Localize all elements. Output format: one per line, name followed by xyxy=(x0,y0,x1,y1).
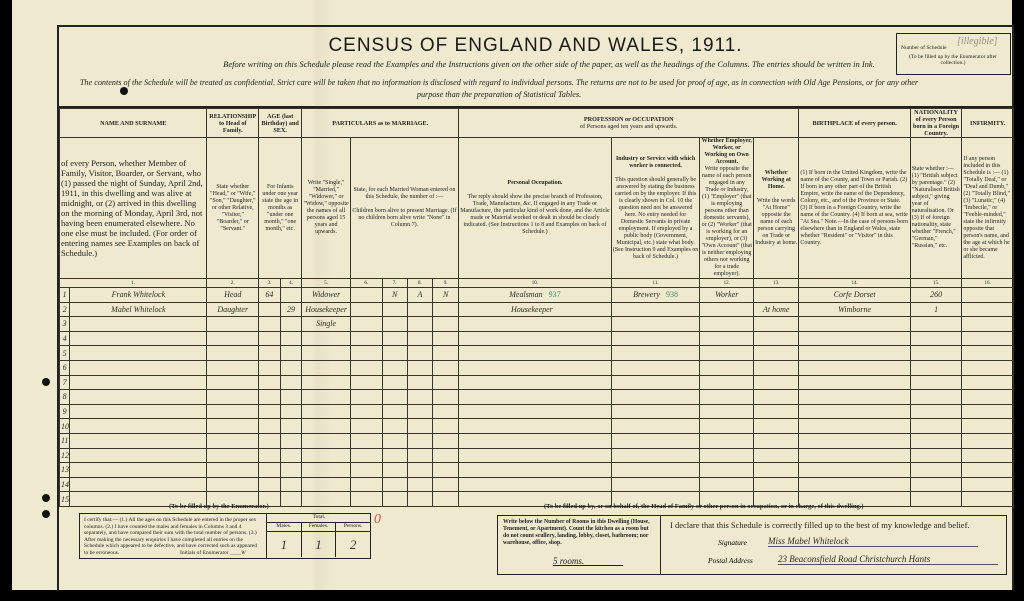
row-number: 11 xyxy=(60,433,70,448)
cell-name xyxy=(70,390,207,405)
cell-rel: Daughter xyxy=(207,302,259,317)
cell-home xyxy=(754,433,799,448)
cell-name xyxy=(70,331,207,346)
col-relationship-desc: State whether "Head," or "Wife," "Son," … xyxy=(207,138,259,279)
females-total: 1 xyxy=(302,532,337,557)
cell-age_m: 64 xyxy=(259,288,281,303)
col-num: 8. xyxy=(407,279,433,288)
col-num: 16. xyxy=(962,279,1014,288)
col-num: 10. xyxy=(459,279,612,288)
cell-age_f xyxy=(280,288,302,303)
cell-cond xyxy=(302,463,350,478)
persons-total: 2 xyxy=(336,532,371,557)
cell-rel xyxy=(207,448,259,463)
cell-years xyxy=(350,288,382,303)
postal-address-label: Postal Address xyxy=(708,556,753,565)
cell-emp xyxy=(700,346,754,361)
cell-rel: Head xyxy=(207,288,259,303)
cell-nat xyxy=(910,463,962,478)
col-num: 11. xyxy=(611,279,700,288)
males-total: 1 xyxy=(267,532,302,557)
females-label: Females. xyxy=(302,523,337,532)
cell-living xyxy=(407,390,433,405)
table-row: 13 xyxy=(60,463,1014,478)
cell-industry xyxy=(611,433,700,448)
cell-years xyxy=(350,375,382,390)
cell-nat xyxy=(910,390,962,405)
cell-inf xyxy=(962,419,1014,434)
cell-age_m xyxy=(259,390,281,405)
cell-died xyxy=(433,433,459,448)
enumerator-initials: Initials of Enumerator ____W xyxy=(180,550,246,557)
row-number: 3 xyxy=(60,317,70,332)
cell-cond: Single xyxy=(302,317,350,332)
col-num: 14. xyxy=(799,279,910,288)
table-row: 1Frank WhitelockHead64WidowerNANMealsman… xyxy=(60,288,1014,303)
col-married-women-desc: State, for each Married Woman entered on… xyxy=(350,138,458,279)
cell-birth xyxy=(799,346,910,361)
cell-age_f xyxy=(280,463,302,478)
cell-birth xyxy=(799,331,910,346)
cell-years xyxy=(350,331,382,346)
confidentiality-notice: The contents of the Schedule will be tre… xyxy=(69,77,929,101)
cell-cond xyxy=(302,433,350,448)
cell-inf xyxy=(962,346,1014,361)
cell-age_m xyxy=(259,360,281,375)
cell-died xyxy=(433,302,459,317)
cell-emp: Worker xyxy=(700,288,754,303)
cell-home xyxy=(754,360,799,375)
table-row: 2Mabel WhitelockDaughter29HousekeeperHou… xyxy=(60,302,1014,317)
cell-died xyxy=(433,419,459,434)
instructions-subtitle: Before writing on this Schedule please r… xyxy=(179,59,919,69)
cell-cond xyxy=(302,448,350,463)
cell-nat xyxy=(910,375,962,390)
cell-industry xyxy=(611,419,700,434)
col-num: 5. xyxy=(302,279,350,288)
cell-age_f xyxy=(280,317,302,332)
cell-rel xyxy=(207,404,259,419)
cell-inf xyxy=(962,390,1014,405)
cell-age_m xyxy=(259,346,281,361)
cell-age_m xyxy=(259,317,281,332)
cell-age_f xyxy=(280,448,302,463)
enumerator-box: I certify that:— (1.) All the ages on th… xyxy=(79,513,371,559)
red-enumerator-mark: 0 xyxy=(374,512,381,528)
cell-total xyxy=(382,360,407,375)
cell-rel xyxy=(207,419,259,434)
col-infirmity-heading: INFIRMITY. xyxy=(962,109,1014,138)
table-row: 3Single xyxy=(60,317,1014,332)
cell-inf xyxy=(962,375,1014,390)
cell-living xyxy=(407,419,433,434)
col-personal-occupation-desc: Personal Occupation.The reply should sho… xyxy=(459,138,612,279)
schedule-number-label: Number of Schedule xyxy=(901,45,947,51)
cell-name xyxy=(70,375,207,390)
cell-name xyxy=(70,360,207,375)
cell-living xyxy=(407,477,433,492)
declaration-text: I declare that this Schedule is correctl… xyxy=(670,520,970,530)
cell-inf xyxy=(962,331,1014,346)
cell-cond: Widower xyxy=(302,288,350,303)
table-row: 9 xyxy=(60,404,1014,419)
table-row: 8 xyxy=(60,390,1014,405)
cell-occ xyxy=(459,448,612,463)
males-label: Males. xyxy=(267,523,302,532)
cell-industry xyxy=(611,477,700,492)
row-number: 4 xyxy=(60,331,70,346)
cell-birth xyxy=(799,419,910,434)
cell-home xyxy=(754,390,799,405)
cell-age_f: 29 xyxy=(280,302,302,317)
col-age-desc: For Infants under one year state the age… xyxy=(259,138,302,279)
row-number: 5 xyxy=(60,346,70,361)
cell-total xyxy=(382,331,407,346)
occupation-code: 938 xyxy=(666,290,678,299)
cell-nat xyxy=(910,448,962,463)
cell-occ xyxy=(459,463,612,478)
cell-nat xyxy=(910,404,962,419)
cell-total xyxy=(382,302,407,317)
cell-name xyxy=(70,404,207,419)
table-row: 4 xyxy=(60,331,1014,346)
cell-inf xyxy=(962,477,1014,492)
cell-home xyxy=(754,375,799,390)
cell-total xyxy=(382,404,407,419)
cell-home xyxy=(754,346,799,361)
cell-nat: 1 xyxy=(910,302,962,317)
cell-age_f xyxy=(280,419,302,434)
cell-nat xyxy=(910,477,962,492)
cell-name xyxy=(70,477,207,492)
cell-home xyxy=(754,419,799,434)
cell-emp xyxy=(700,331,754,346)
cell-age_f xyxy=(280,390,302,405)
cell-living xyxy=(407,463,433,478)
cell-occ xyxy=(459,419,612,434)
cell-died xyxy=(433,346,459,361)
cell-industry xyxy=(611,463,700,478)
rooms-instructions: Write below the Number of Rooms in this … xyxy=(498,516,661,574)
cell-occ xyxy=(459,375,612,390)
census-schedule-sheet: CENSUS OF ENGLAND AND WALES, 1911. Befor… xyxy=(12,0,1012,590)
punch-hole xyxy=(42,510,50,518)
cell-inf xyxy=(962,448,1014,463)
cell-emp xyxy=(700,390,754,405)
cell-inf xyxy=(962,404,1014,419)
cell-cond xyxy=(302,346,350,361)
cell-years xyxy=(350,317,382,332)
cell-rel xyxy=(207,477,259,492)
cell-inf xyxy=(962,433,1014,448)
table-row: 5 xyxy=(60,346,1014,361)
cell-total xyxy=(382,448,407,463)
cell-years xyxy=(350,477,382,492)
persons-label: Persons. xyxy=(336,523,371,532)
cell-age_m xyxy=(259,404,281,419)
cell-birth xyxy=(799,317,910,332)
cell-nat xyxy=(910,419,962,434)
col-num: 6. xyxy=(350,279,382,288)
cell-living xyxy=(407,448,433,463)
cell-home xyxy=(754,331,799,346)
col-occupation-heading: PROFESSION or OCCUPATIONof Persons aged … xyxy=(459,109,799,138)
col-num: 3. xyxy=(259,279,281,288)
col-name-desc: of every Person, whether Member of Famil… xyxy=(60,138,207,279)
cell-living xyxy=(407,302,433,317)
cell-industry xyxy=(611,331,700,346)
col-num: 2. xyxy=(207,279,259,288)
schedule-number-note: (To be filled up by the Enumerator after… xyxy=(899,54,1007,66)
cell-industry xyxy=(611,375,700,390)
cell-cond: Housekeeper xyxy=(302,302,350,317)
cell-living xyxy=(407,360,433,375)
cell-birth xyxy=(799,477,910,492)
cell-cond xyxy=(302,419,350,434)
cell-home xyxy=(754,448,799,463)
postal-address-value: 23 Beaconsfield Road Christchurch Hants xyxy=(778,554,998,565)
cell-emp xyxy=(700,477,754,492)
cell-living xyxy=(407,331,433,346)
cell-industry xyxy=(611,302,700,317)
col-birthplace-heading: BIRTHPLACE of every person. xyxy=(799,109,910,138)
col-num: 4. xyxy=(280,279,302,288)
cell-occ: Housekeeper xyxy=(459,302,612,317)
cell-died xyxy=(433,317,459,332)
cell-occ xyxy=(459,433,612,448)
table-row: 10 xyxy=(60,419,1014,434)
cell-died xyxy=(433,331,459,346)
col-age-heading: AGE (last Birthday) and SEX. xyxy=(259,109,302,138)
cell-name: Mabel Whitelock xyxy=(70,302,207,317)
cell-occ xyxy=(459,317,612,332)
cell-died xyxy=(433,375,459,390)
cell-nat xyxy=(910,433,962,448)
cell-years xyxy=(350,433,382,448)
cell-age_m xyxy=(259,463,281,478)
cell-years xyxy=(350,448,382,463)
cell-age_f xyxy=(280,346,302,361)
table-row: 7 xyxy=(60,375,1014,390)
cell-nat xyxy=(910,360,962,375)
cell-emp xyxy=(700,375,754,390)
cell-rel xyxy=(207,433,259,448)
cell-home xyxy=(754,404,799,419)
cell-rel xyxy=(207,346,259,361)
cell-age_m xyxy=(259,375,281,390)
cell-total xyxy=(382,419,407,434)
cell-died xyxy=(433,360,459,375)
cell-total xyxy=(382,317,407,332)
cell-total xyxy=(382,390,407,405)
cell-industry xyxy=(611,448,700,463)
cell-emp xyxy=(700,317,754,332)
col-num: 7. xyxy=(382,279,407,288)
cell-nat xyxy=(910,331,962,346)
col-home-desc: Whether Working at Home.Write the words … xyxy=(754,138,799,279)
enumerator-section-title: (To be filled up by the Enumerator.) xyxy=(169,503,269,510)
cell-living: A xyxy=(407,288,433,303)
cell-died xyxy=(433,404,459,419)
cell-age_m xyxy=(259,477,281,492)
cell-nat xyxy=(910,346,962,361)
row-number: 14 xyxy=(60,477,70,492)
row-number: 1 xyxy=(60,288,70,303)
page-title: CENSUS OF ENGLAND AND WALES, 1911. xyxy=(59,35,1012,57)
table-row: 6 xyxy=(60,360,1014,375)
cell-industry xyxy=(611,404,700,419)
row-number: 6 xyxy=(60,360,70,375)
col-nationality-heading: NATIONALITY of every Person born in a Fo… xyxy=(910,109,962,138)
cell-birth: Corfe Dorset xyxy=(799,288,910,303)
cell-age_f xyxy=(280,331,302,346)
cell-occ xyxy=(459,331,612,346)
col-marriage-heading: PARTICULARS as to MARRIAGE. xyxy=(302,109,459,138)
cell-inf xyxy=(962,463,1014,478)
cell-occ: Mealsman937 xyxy=(459,288,612,303)
schedule-number-value: [illegible] xyxy=(957,36,998,47)
cell-emp xyxy=(700,360,754,375)
col-employer-desc: Whether Employer, Worker, or Working on … xyxy=(700,138,754,279)
cell-living xyxy=(407,346,433,361)
cell-died xyxy=(433,477,459,492)
cell-age_f xyxy=(280,404,302,419)
signature-label: Signature xyxy=(718,538,747,547)
cell-birth xyxy=(799,404,910,419)
row-number: 13 xyxy=(60,463,70,478)
cell-rel xyxy=(207,331,259,346)
cell-age_m xyxy=(259,302,281,317)
cell-total xyxy=(382,346,407,361)
cell-occ xyxy=(459,477,612,492)
cell-occ xyxy=(459,390,612,405)
cell-total xyxy=(382,463,407,478)
signature-value: Miss Mabel Whitelock xyxy=(768,536,978,547)
footer-section: (To be filled up by the Enumerator.) I c… xyxy=(59,497,1014,592)
cell-rel xyxy=(207,360,259,375)
row-number: 7 xyxy=(60,375,70,390)
cell-cond xyxy=(302,477,350,492)
cell-emp xyxy=(700,463,754,478)
cell-industry xyxy=(611,360,700,375)
cell-cond xyxy=(302,331,350,346)
cell-occ xyxy=(459,404,612,419)
cell-emp xyxy=(700,433,754,448)
cell-died xyxy=(433,390,459,405)
cell-birth: Wimborne xyxy=(799,302,910,317)
cell-emp xyxy=(700,404,754,419)
cell-name xyxy=(70,419,207,434)
form-frame: CENSUS OF ENGLAND AND WALES, 1911. Befor… xyxy=(57,25,1014,590)
cell-birth xyxy=(799,463,910,478)
col-num: 13. xyxy=(754,279,799,288)
punch-hole xyxy=(42,378,50,386)
col-relationship-heading: RELATIONSHIP to Head of Family. xyxy=(207,109,259,138)
row-number: 2 xyxy=(60,302,70,317)
cell-emp xyxy=(700,419,754,434)
cell-age_f xyxy=(280,375,302,390)
cell-birth xyxy=(799,390,910,405)
cell-cond xyxy=(302,404,350,419)
table-row: 12 xyxy=(60,448,1014,463)
cell-name xyxy=(70,463,207,478)
col-name-heading: NAME AND SURNAME xyxy=(60,109,207,138)
cell-inf xyxy=(962,360,1014,375)
punch-hole xyxy=(42,494,50,502)
cell-age_f xyxy=(280,360,302,375)
declaration-box: Write below the Number of Rooms in this … xyxy=(497,515,1007,575)
cell-age_f xyxy=(280,433,302,448)
cell-emp xyxy=(700,302,754,317)
col-num: 1. xyxy=(60,279,207,288)
cell-industry xyxy=(611,317,700,332)
cell-years xyxy=(350,419,382,434)
cell-years xyxy=(350,302,382,317)
table-row: 14 xyxy=(60,477,1014,492)
cell-died: N xyxy=(433,288,459,303)
cell-total xyxy=(382,477,407,492)
cell-home xyxy=(754,477,799,492)
cell-cond xyxy=(302,390,350,405)
cell-inf xyxy=(962,288,1014,303)
cell-rel xyxy=(207,463,259,478)
cell-years xyxy=(350,463,382,478)
cell-name xyxy=(70,433,207,448)
col-infirmity-desc: If any person included in this Schedule … xyxy=(962,138,1014,279)
cell-cond xyxy=(302,375,350,390)
cell-total xyxy=(382,375,407,390)
cell-home xyxy=(754,288,799,303)
cell-occ xyxy=(459,360,612,375)
cell-home xyxy=(754,463,799,478)
cell-rel xyxy=(207,390,259,405)
cell-age_f xyxy=(280,477,302,492)
totals-label: Total. xyxy=(267,514,371,523)
cell-age_m xyxy=(259,419,281,434)
cell-birth xyxy=(799,433,910,448)
cell-nat: 260 xyxy=(910,288,962,303)
cell-emp xyxy=(700,448,754,463)
col-num: 9. xyxy=(433,279,459,288)
cell-total: N xyxy=(382,288,407,303)
cell-name xyxy=(70,346,207,361)
col-num: 12. xyxy=(700,279,754,288)
cell-years xyxy=(350,390,382,405)
cell-cond xyxy=(302,360,350,375)
rooms-value: 5 rooms. xyxy=(553,558,623,566)
schedule-number-box: Number of Schedule [illegible] (To be fi… xyxy=(896,33,1011,75)
cell-industry xyxy=(611,346,700,361)
census-table: NAME AND SURNAME RELATIONSHIP to Head of… xyxy=(59,106,1014,507)
cell-home: At home xyxy=(754,302,799,317)
cell-total xyxy=(382,433,407,448)
cell-years xyxy=(350,404,382,419)
cell-years xyxy=(350,360,382,375)
cell-living xyxy=(407,404,433,419)
col-nationality-desc: State whether :— (1) "British subject by… xyxy=(910,138,962,279)
cell-age_m xyxy=(259,448,281,463)
cell-birth xyxy=(799,360,910,375)
cell-rel xyxy=(207,375,259,390)
cell-inf xyxy=(962,302,1014,317)
cell-age_m xyxy=(259,331,281,346)
cell-name: Frank Whitelock xyxy=(70,288,207,303)
cell-occ xyxy=(459,346,612,361)
cell-industry: Brewery938 xyxy=(611,288,700,303)
cell-name xyxy=(70,317,207,332)
row-number: 10 xyxy=(60,419,70,434)
cell-rel xyxy=(207,317,259,332)
